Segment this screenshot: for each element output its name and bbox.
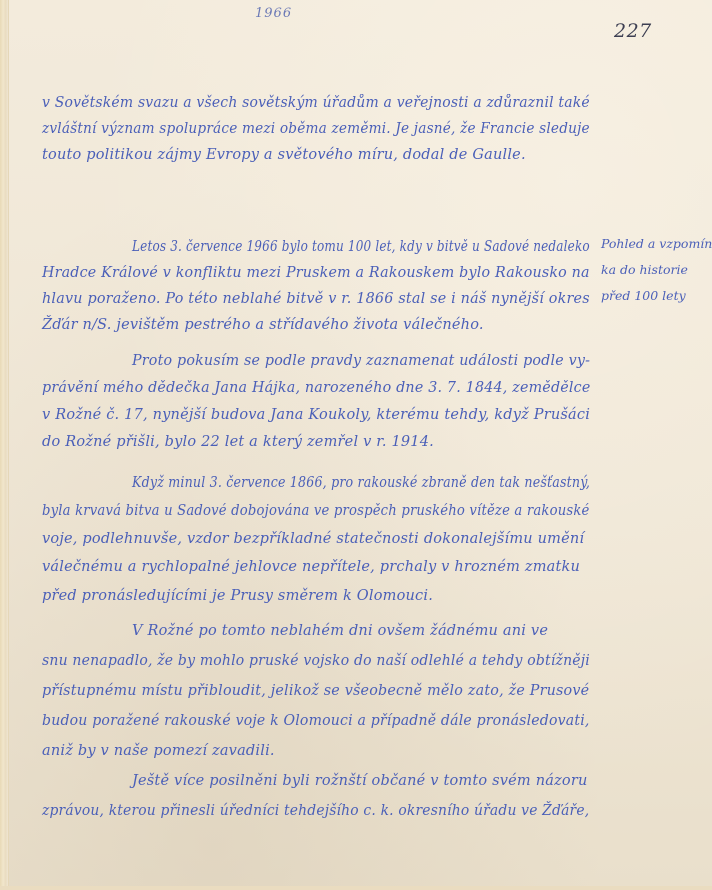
text-line: právění mého dědečka Jana Hájka, narozen… (42, 379, 591, 397)
text-line: aniž by v naše pomezí zavadili. (42, 742, 275, 760)
margin-note-line: před 100 lety (601, 288, 686, 304)
text-line: přístupnému místu přibloudit, jelikož se… (42, 682, 589, 700)
page-binding-edge (0, 0, 9, 890)
text-line: voje, podlehnuvše, vzdor bezpříkladné st… (42, 530, 584, 548)
text-line: snu nenapadlo, že by mohlo pruské vojsko… (42, 652, 590, 670)
margin-note-line: Pohled a vzpomín- (601, 236, 712, 252)
text-line: hlavu poraženo. Po této neblahé bitvě v … (42, 290, 590, 308)
text-line: v Rožné č. 17, nynější budova Jana Kouko… (42, 406, 590, 424)
text-line: Když minul 3. července 1866, pro rakousk… (132, 474, 590, 492)
text-line: byla krvavá bitva u Sadové dobojována ve… (42, 502, 590, 520)
margin-note-line: ka do historie (601, 262, 688, 278)
text-line: budou poražené rakouské voje k Olomouci … (42, 712, 590, 730)
text-line: zprávou, kterou přinesli úředníci tehdej… (42, 802, 589, 820)
text-line: V Rožné po tomto neblahém dni ovšem žádn… (132, 622, 548, 640)
text-line: Letos 3. července 1966 bylo tomu 100 let… (132, 238, 590, 256)
text-line: válečnému a rychlopalné jehlovce nepříte… (42, 558, 580, 576)
year-heading: 1966 (255, 6, 292, 21)
text-line: zvláštní význam spolupráce mezi oběma ze… (42, 120, 590, 138)
text-line: Proto pokusím se podle pravdy zaznamenat… (132, 352, 590, 370)
text-line: před pronásledujícími je Prusy směrem k … (42, 587, 433, 605)
text-line: v Sovětském svazu a všech sovětským úřad… (42, 94, 590, 112)
text-line: Žďár n/S. jevištěm pestrého a střídavého… (42, 316, 484, 334)
text-line: Ještě více posilněni byli rožnští občané… (132, 772, 588, 790)
page-bottom-edge (0, 886, 712, 890)
text-line: Hradce Králové v konfliktu mezi Pruskem … (42, 264, 590, 282)
text-line: do Rožné přišli, bylo 22 let a který zem… (42, 433, 434, 451)
page-number: 227 (614, 20, 652, 42)
chronicle-page: 1966 227 v Sovětském svazu a všech sovět… (0, 0, 712, 890)
text-line: touto politikou zájmy Evropy a světového… (42, 146, 526, 164)
